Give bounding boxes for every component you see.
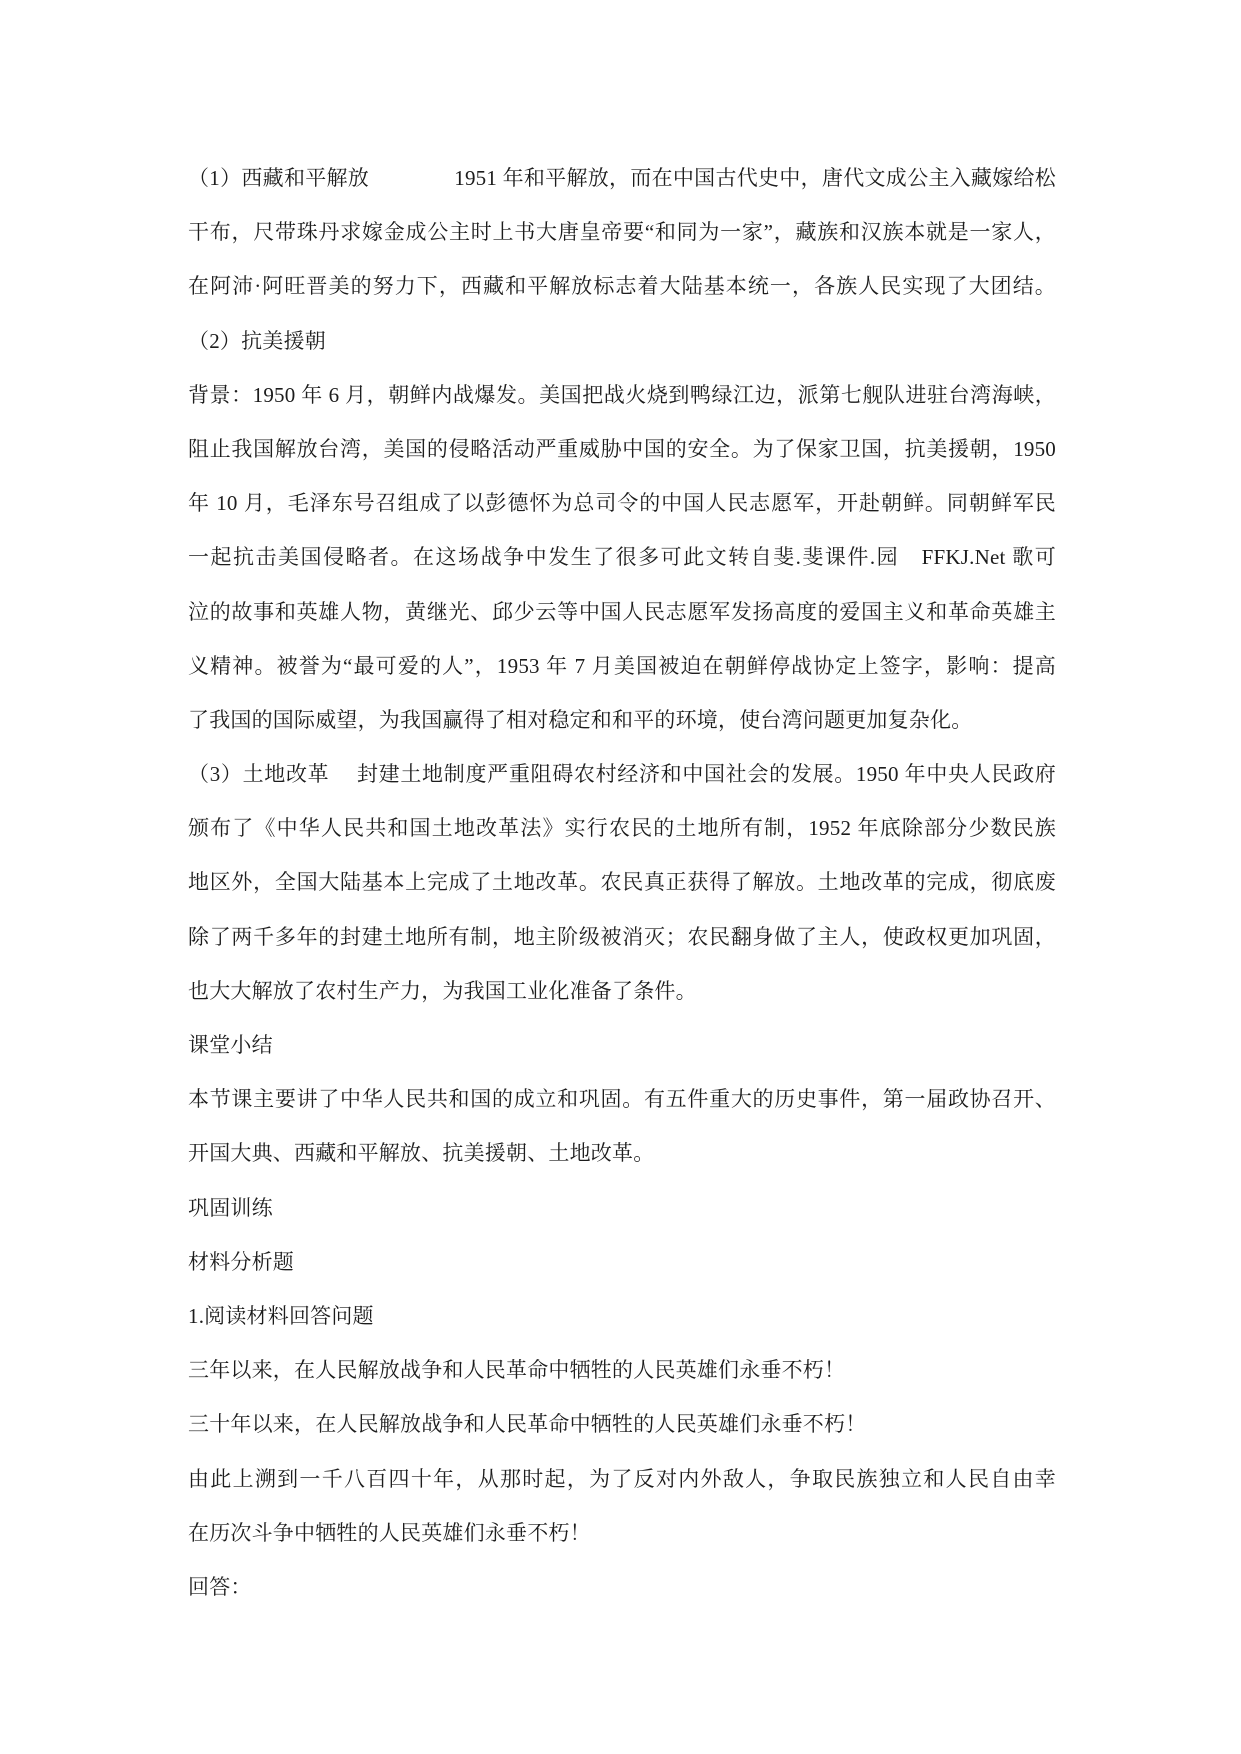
heading-consolidation-training: 巩固训练 xyxy=(188,1181,1056,1235)
heading-tibet-liberation: （1）西藏和平解放 1951 年和平解放，而在中国古代史中，唐代文成公主入藏嫁给… xyxy=(188,151,1056,205)
material-quote-line: 三十年以来，在人民解放战争和人民革命中牺牲的人民英雄们永垂不朽！ xyxy=(188,1397,1056,1451)
question-1-prompt: 1.阅读材料回答问题 xyxy=(188,1289,1056,1343)
doc-line: 泣的故事和英雄人物，黄继光、邱少云等中国人民志愿军发扬高度的爱国主义和革命英雄主 xyxy=(188,585,1056,639)
doc-line: 除了两千多年的封建土地所有制，地主阶级被消灭；农民翻身做了主人，使政权更加巩固， xyxy=(188,910,1056,964)
material-quote-line: 在历次斗争中牺牲的人民英雄们永垂不朽！ xyxy=(188,1506,1056,1560)
document-page: （1）西藏和平解放 1951 年和平解放，而在中国古代史中，唐代文成公主入藏嫁给… xyxy=(0,0,1241,1754)
doc-line-background: 背景：1950 年 6 月，朝鲜内战爆发。美国把战火烧到鸭绿江边，派第七舰队进驻… xyxy=(188,368,1056,422)
heading-resist-us-aid-korea: （2）抗美援朝 xyxy=(188,314,1056,368)
doc-line: 地区外，全国大陆基本上完成了土地改革。农民真正获得了解放。土地改革的完成，彻底废 xyxy=(188,855,1056,909)
doc-line: 颁布了《中华人民共和国土地改革法》实行农民的土地所有制，1952 年底除部分少数… xyxy=(188,801,1056,855)
doc-line: 了我国的国际威望，为我国赢得了相对稳定和和平的环境，使台湾问题更加复杂化。 xyxy=(188,693,1056,747)
doc-line: 在阿沛·阿旺晋美的努力下，西藏和平解放标志着大陆基本统一，各族人民实现了大团结。 xyxy=(188,259,1056,313)
doc-line: 本节课主要讲了中华人民共和国的成立和巩固。有五件重大的历史事件，第一届政协召开、 xyxy=(188,1072,1056,1126)
heading-land-reform: （3）土地改革 封建土地制度严重阻碍农村经济和中国社会的发展。1950 年中央人… xyxy=(188,747,1056,801)
doc-line: 一起抗击美国侵略者。在这场战争中发生了很多可此文转自斐.斐课件.园 FFKJ.N… xyxy=(188,530,1056,584)
doc-line: 义精神。被誉为“最可爱的人”，1953 年 7 月美国被迫在朝鲜停战协定上签字，… xyxy=(188,639,1056,693)
doc-line: 阻止我国解放台湾，美国的侵略活动严重威胁中国的安全。为了保家卫国，抗美援朝，19… xyxy=(188,422,1056,476)
doc-line: 也大大解放了农村生产力，为我国工业化准备了条件。 xyxy=(188,964,1056,1018)
doc-line: 年 10 月，毛泽东号召组成了以彭德怀为总司令的中国人民志愿军，开赴朝鲜。同朝鲜… xyxy=(188,476,1056,530)
answer-label: 回答： xyxy=(188,1560,1056,1614)
material-quote-line: 由此上溯到一千八百四十年，从那时起，为了反对内外敌人，争取民族独立和人民自由幸福… xyxy=(188,1452,1056,1506)
material-quote-line: 三年以来，在人民解放战争和人民革命中牺牲的人民英雄们永垂不朽！ xyxy=(188,1343,1056,1397)
document-text-block: （1）西藏和平解放 1951 年和平解放，而在中国古代史中，唐代文成公主入藏嫁给… xyxy=(188,151,1056,1614)
doc-line: 干布，尺带珠丹求嫁金成公主时上书大唐皇帝要“和同为一家”，藏族和汉族本就是一家人… xyxy=(188,205,1056,259)
doc-line: 开国大典、西藏和平解放、抗美援朝、土地改革。 xyxy=(188,1126,1056,1180)
heading-material-analysis: 材料分析题 xyxy=(188,1235,1056,1289)
heading-class-summary: 课堂小结 xyxy=(188,1018,1056,1072)
